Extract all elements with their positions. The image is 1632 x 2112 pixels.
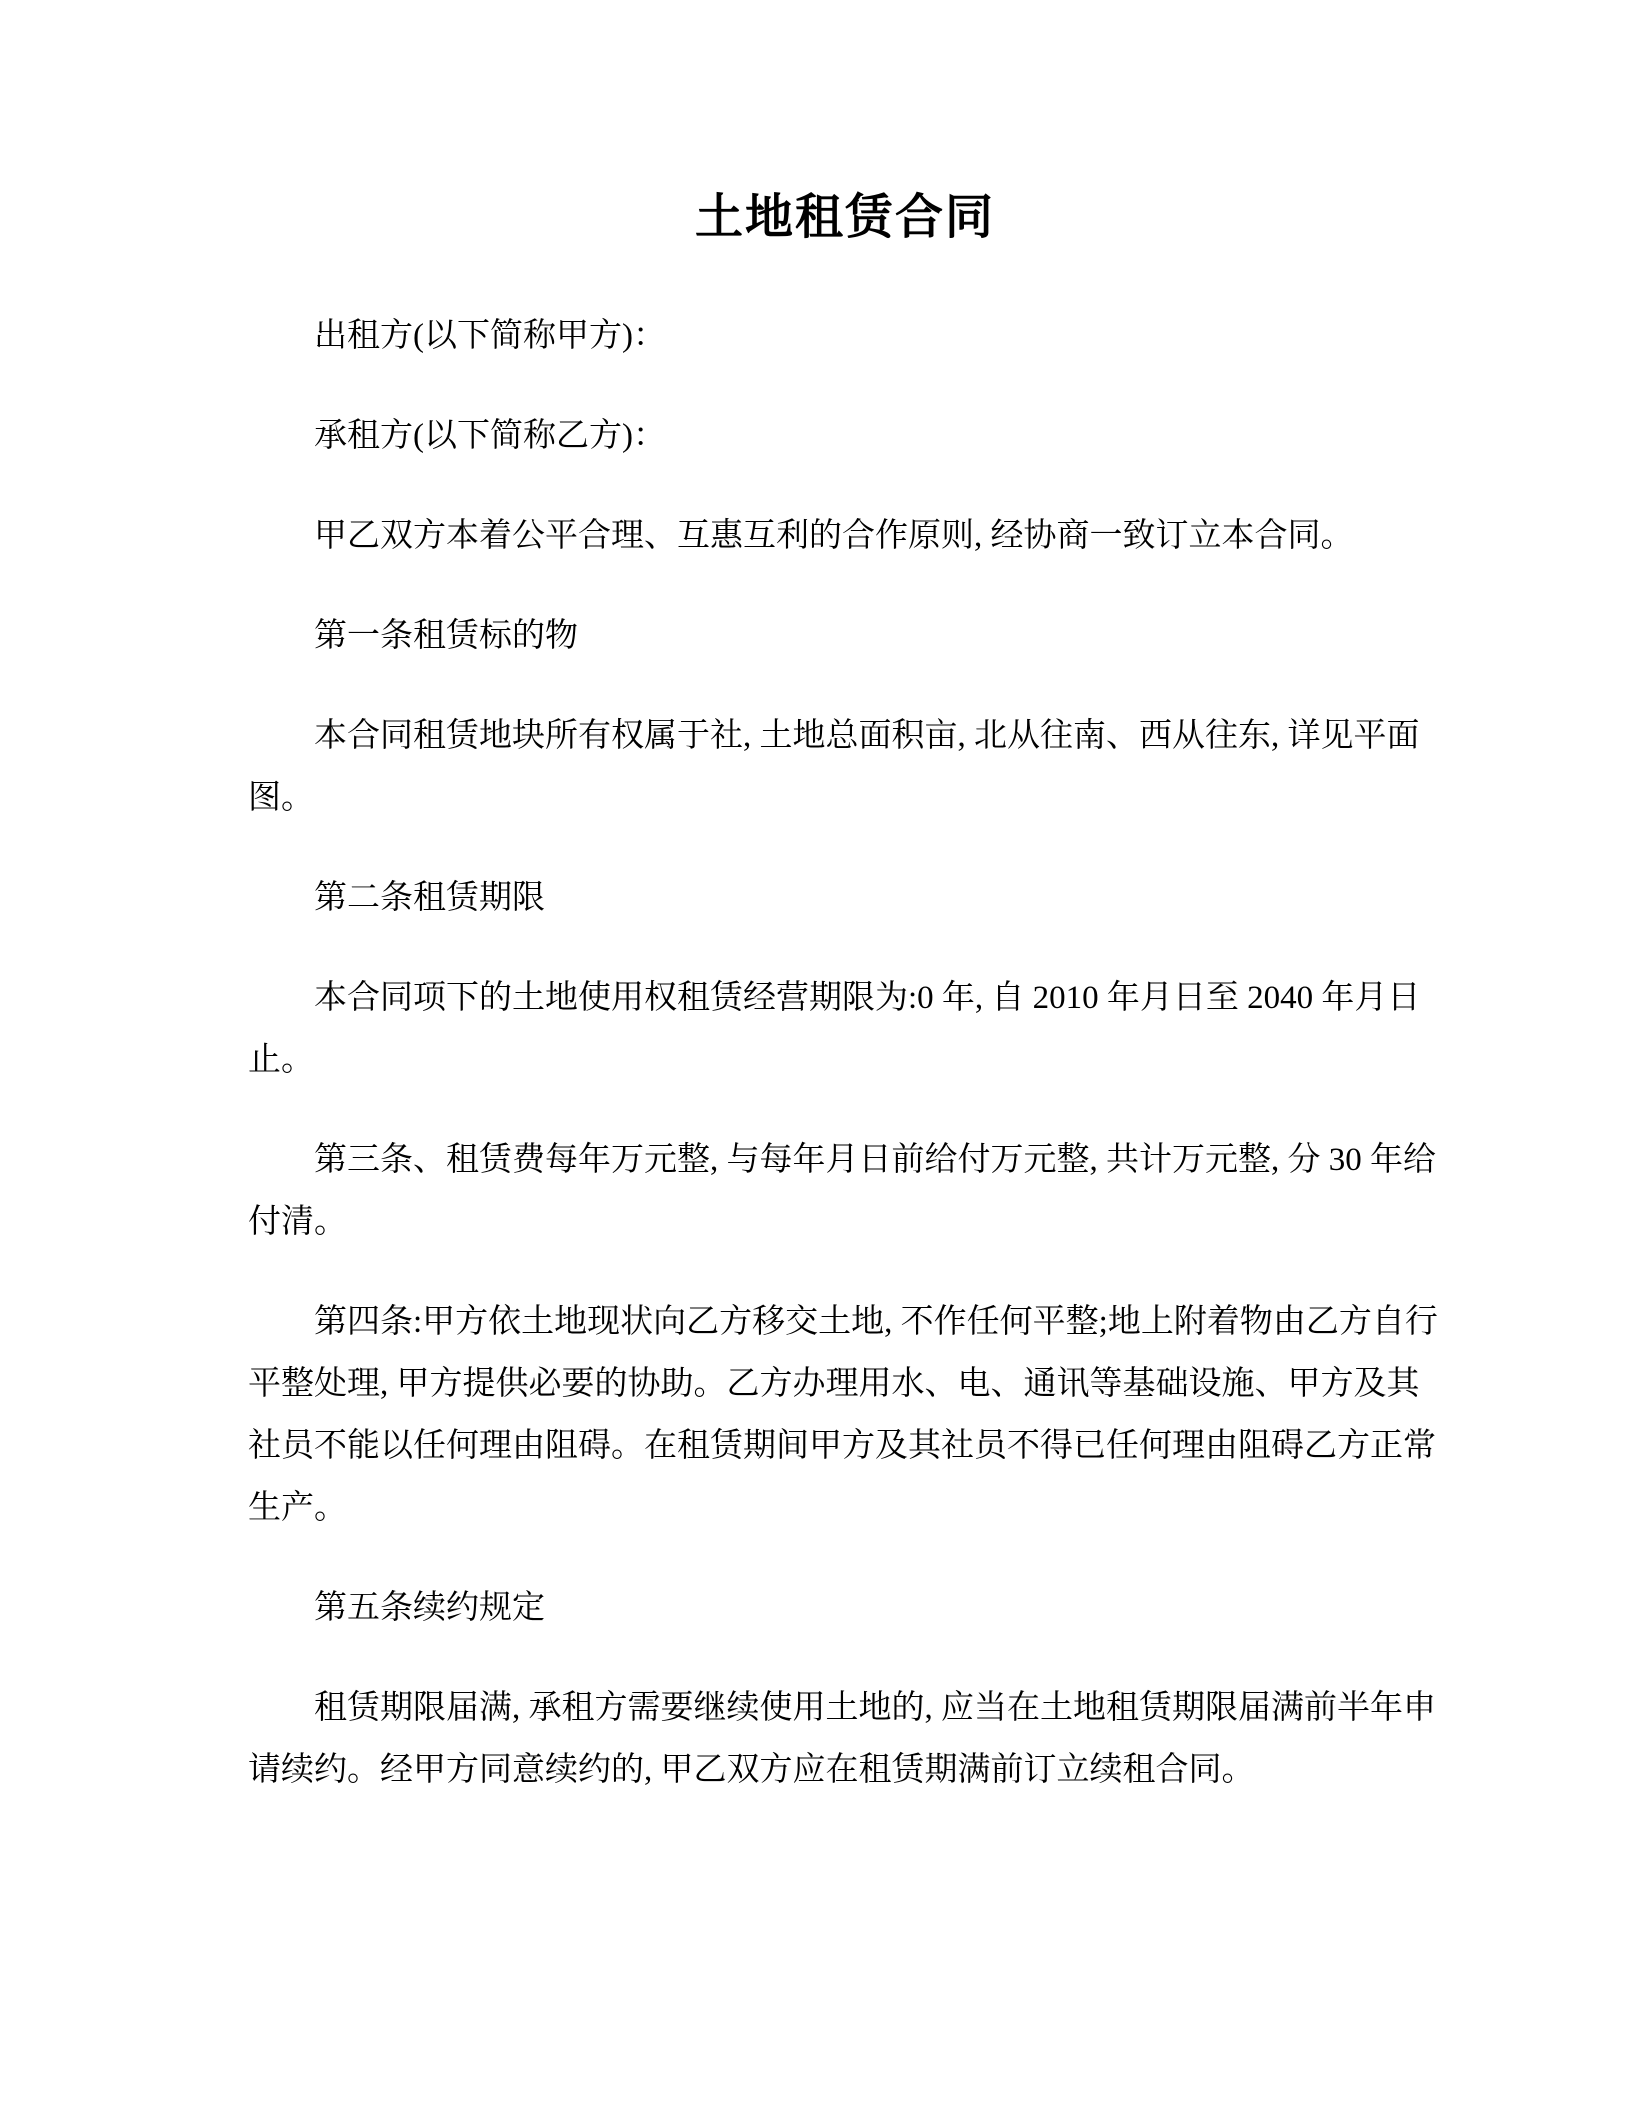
clause-3-body: 第三条、租赁费每年万元整, 与每年月日前给付万元整, 共计万元整, 分 30 年…: [248, 1129, 1442, 1253]
clause-2-heading: 第二条租赁期限: [248, 867, 1442, 929]
clause-2-body: 本合同项下的土地使用权租赁经营期限为:0 年, 自 2010 年月日至 2040…: [248, 967, 1442, 1091]
document-title: 土地租赁合同: [248, 193, 1442, 243]
document-page: 土地租赁合同 出租方(以下简称甲方)： 承租方(以下简称乙方)： 甲乙双方本着公…: [0, 0, 1632, 2112]
clause-1-body: 本合同租赁地块所有权属于社, 土地总面积亩, 北从往南、西从往东, 详见平面图。: [248, 705, 1442, 829]
party-lessee-line: 承租方(以下简称乙方)：: [248, 405, 1442, 467]
party-lessor-line: 出租方(以下简称甲方)：: [248, 305, 1442, 367]
preamble-paragraph: 甲乙双方本着公平合理、互惠互利的合作原则, 经协商一致订立本合同。: [248, 505, 1442, 567]
clause-1-heading: 第一条租赁标的物: [248, 605, 1442, 667]
clause-5-heading: 第五条续约规定: [248, 1577, 1442, 1639]
clause-5-body: 租赁期限届满, 承租方需要继续使用土地的, 应当在土地租赁期限届满前半年申请续约…: [248, 1677, 1442, 1801]
clause-4-body: 第四条:甲方依土地现状向乙方移交土地, 不作任何平整;地上附着物由乙方自行平整处…: [248, 1291, 1442, 1539]
